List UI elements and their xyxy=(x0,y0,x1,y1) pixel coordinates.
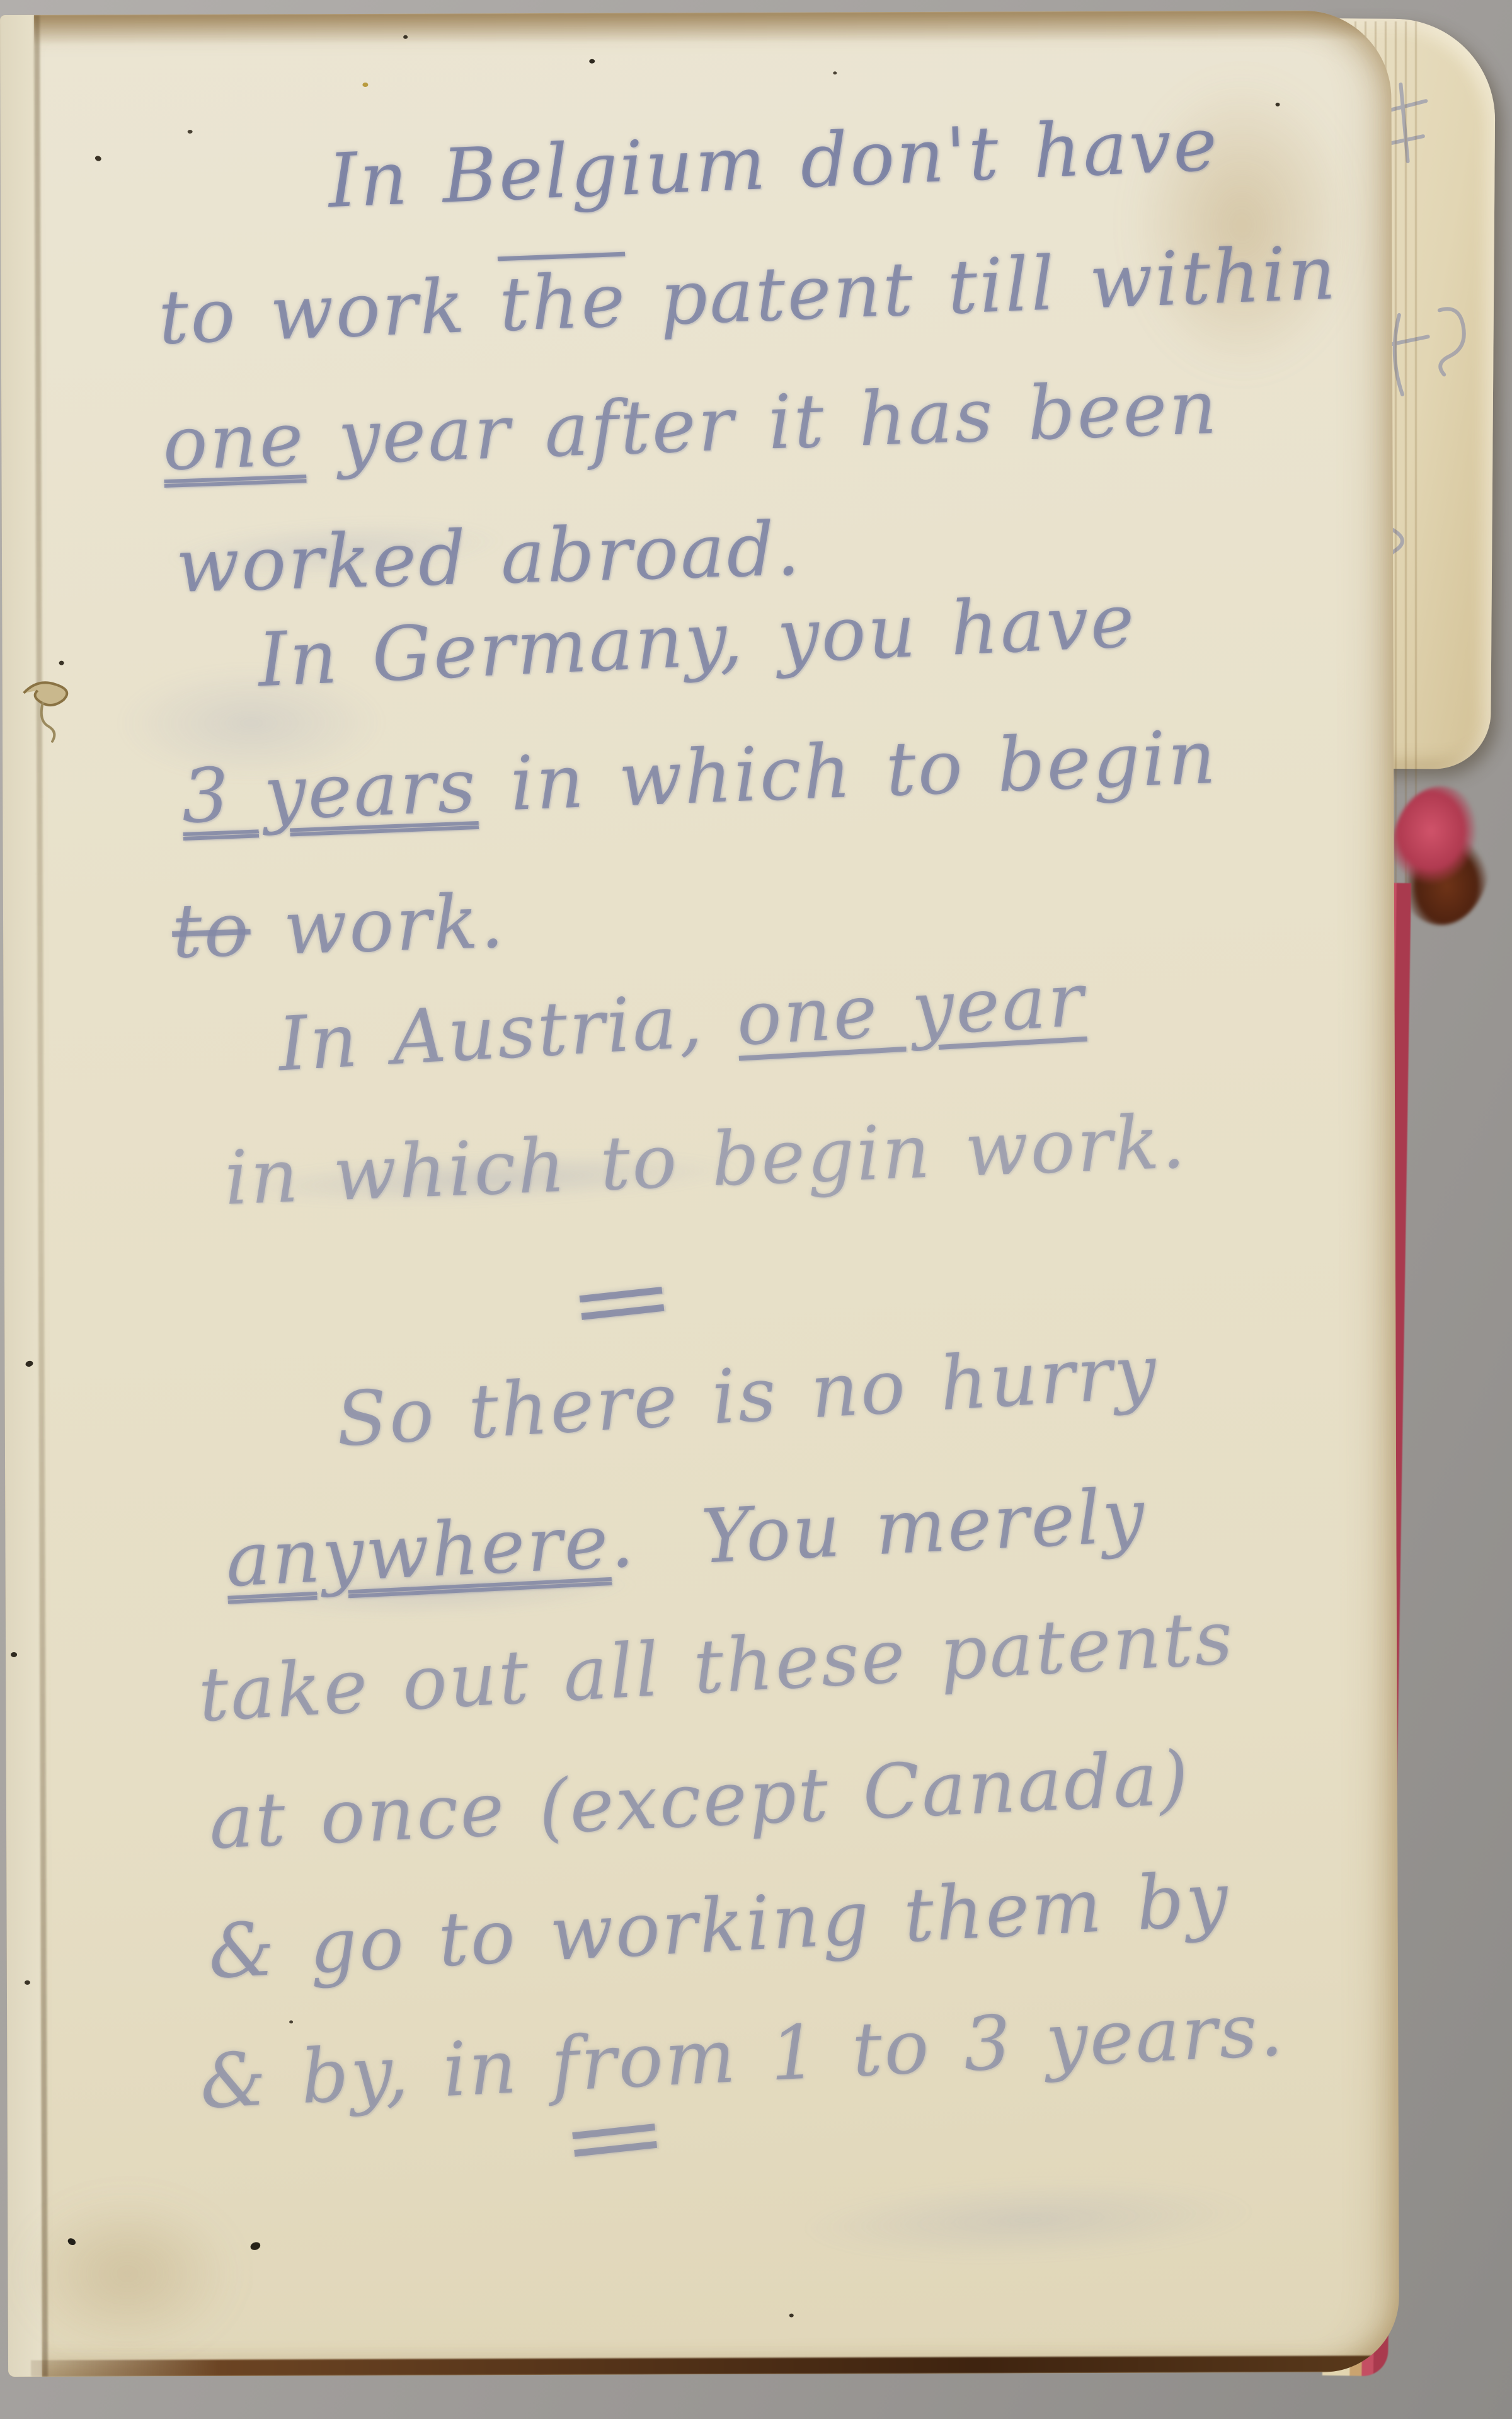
note-line-15: & by, in from 1 to 3 years. xyxy=(198,1985,1286,2125)
paper-speck xyxy=(25,1980,30,1985)
phrase: In Austria, xyxy=(276,975,739,1088)
phrase: at once (except Canada) xyxy=(207,1734,1192,1866)
paper-speck xyxy=(11,1652,17,1657)
note-line-3: one year after it has been xyxy=(161,364,1220,487)
phrase-underlined: 3 years xyxy=(180,742,479,840)
paper-speck xyxy=(94,155,102,162)
note-line-1: In Belgium don't have xyxy=(326,100,1220,224)
phrase-struck: to xyxy=(171,885,252,975)
phrase: in which to begin xyxy=(476,713,1219,829)
phrase: & by, in from 1 to 3 years. xyxy=(198,1985,1286,2125)
paper-speck xyxy=(833,71,837,74)
note-line-9: in which to begin work. xyxy=(223,1098,1188,1222)
phrase-overlined: the xyxy=(498,256,628,348)
paper-speck xyxy=(362,83,368,87)
paper-speck xyxy=(789,2314,794,2318)
paper-speck xyxy=(403,35,408,39)
phrase: work. xyxy=(249,877,507,972)
paper-speck xyxy=(289,2020,293,2023)
phrase-underlined: one xyxy=(161,395,307,487)
phrase: to work xyxy=(157,261,501,361)
phrase: In Belgium don't have xyxy=(326,100,1220,224)
phrase: . You merely xyxy=(608,1471,1148,1584)
note-line-13: at once (except Canada) xyxy=(207,1734,1192,1866)
paper-speck xyxy=(1275,103,1280,106)
notebook-photo: In Belgium don't have to work the patent… xyxy=(0,0,1512,2419)
note-line-4: worked abroad. xyxy=(175,505,803,609)
phrase: in which to begin work. xyxy=(223,1098,1188,1222)
phrase: worked abroad. xyxy=(175,505,803,609)
note-line-10: So there is no hurry xyxy=(334,1328,1160,1463)
note-line-7: to work. xyxy=(171,877,507,975)
section-divider: = xyxy=(554,2081,678,2195)
note-line-14: & go to working them by xyxy=(206,1855,1232,1996)
paper-speck xyxy=(589,59,595,64)
phrase: So there is no hurry xyxy=(334,1328,1160,1463)
phrase: year after it has been xyxy=(304,364,1220,483)
ink-showthrough-smudge xyxy=(724,2155,1332,2285)
phrase: & go to working them by xyxy=(206,1855,1232,1996)
phrase-underlined: one year xyxy=(735,956,1087,1062)
paper-speck xyxy=(188,130,193,134)
note-line-8: In Austria, one year xyxy=(276,956,1087,1088)
paper-stain xyxy=(0,2169,273,2377)
section-divider: = xyxy=(561,1244,685,1359)
notebook-page: In Belgium don't have to work the patent… xyxy=(0,10,1399,2377)
paper-speck xyxy=(59,661,64,665)
